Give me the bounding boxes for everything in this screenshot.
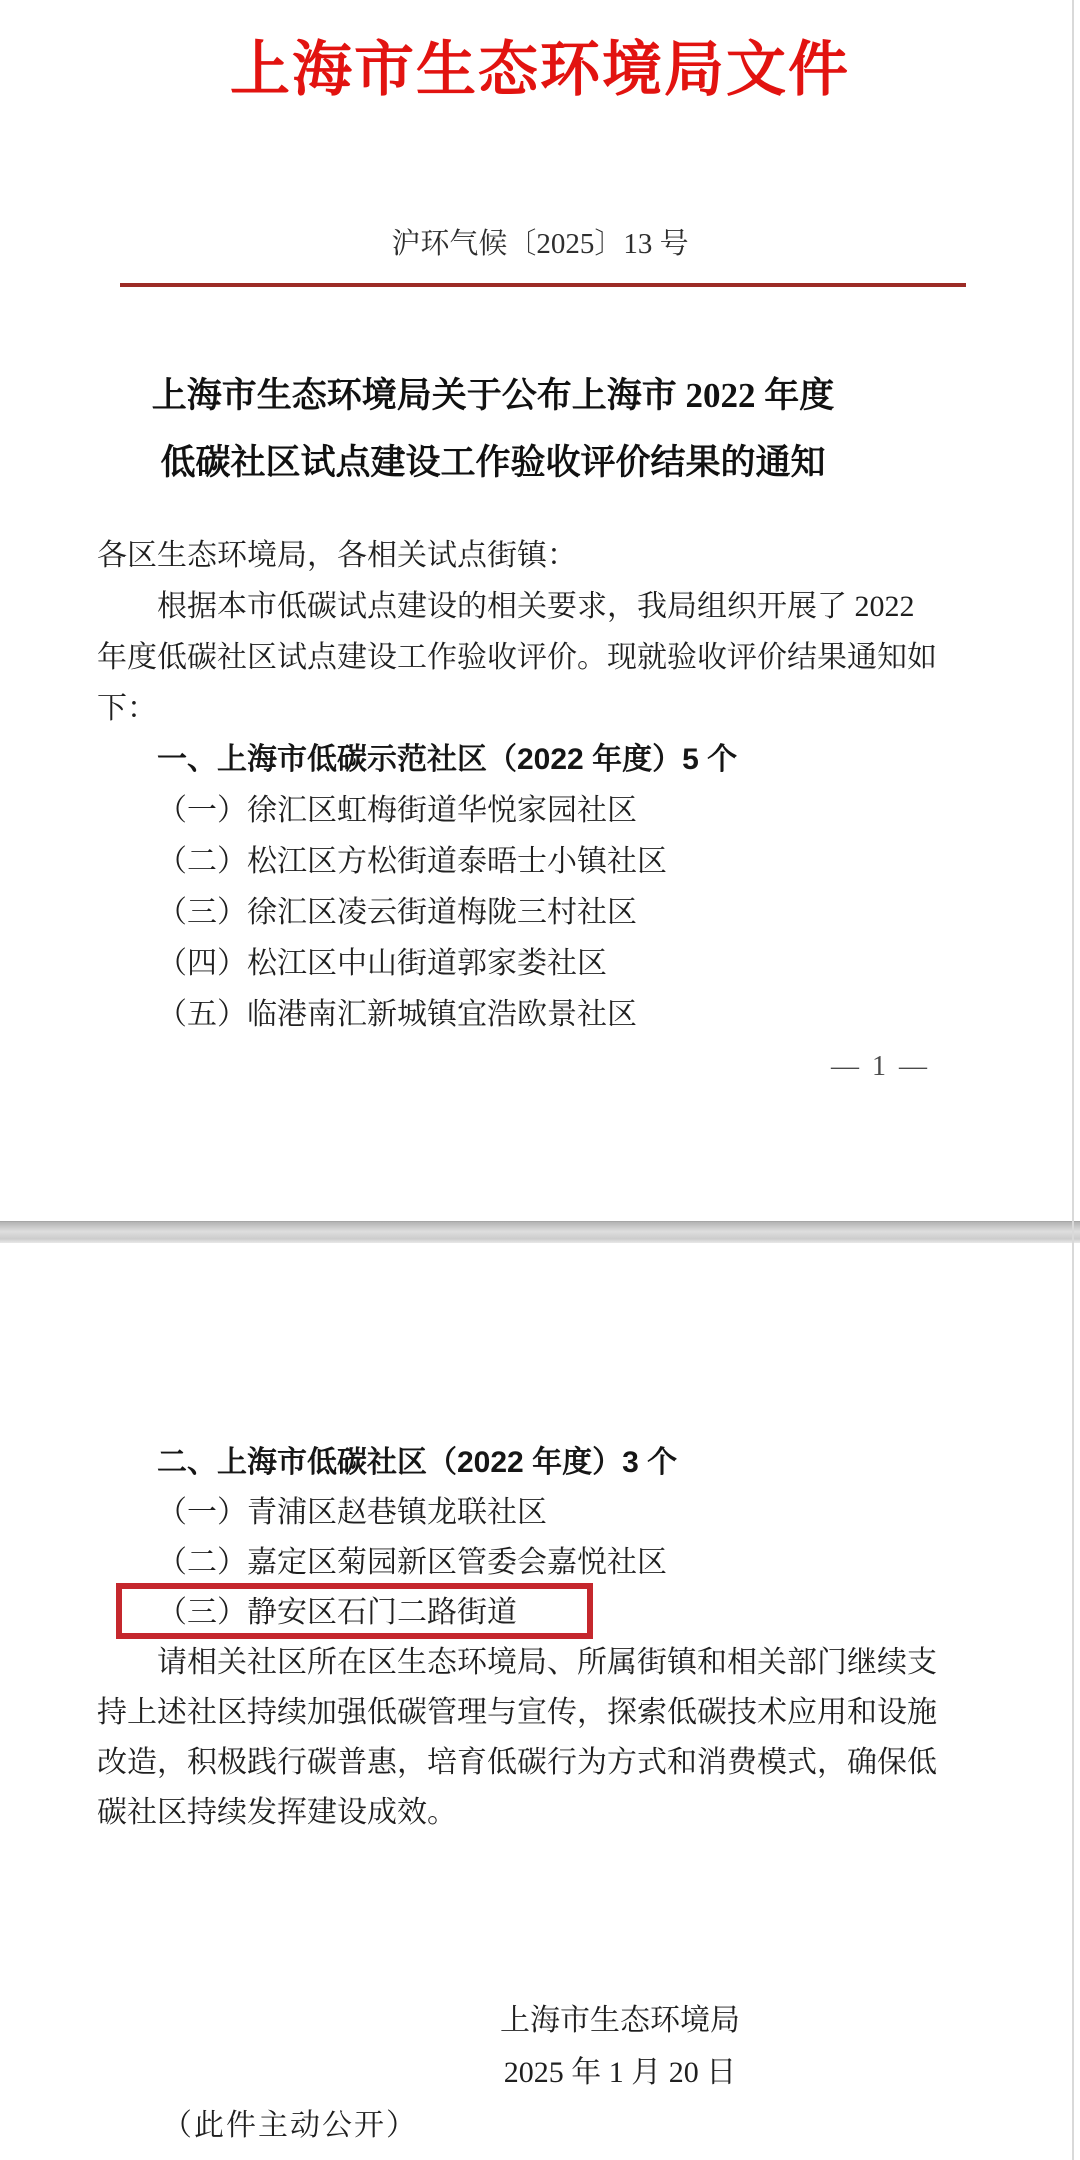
- issue-date: 2025 年 1 月 20 日: [420, 2047, 820, 2099]
- closing-line: 持上述社区持续加强低碳管理与宣传，探索低碳技术应用和设施: [97, 1688, 889, 1738]
- list-item: （二）嘉定区菊园新区管委会嘉悦社区: [97, 1538, 889, 1588]
- list-item: （四）松江区中山街道郭家娄社区: [97, 938, 889, 989]
- section1-heading: 一、上海市低碳示范社区（2022 年度）5 个: [97, 734, 889, 785]
- section2-heading: 二、上海市低碳社区（2022 年度）3 个: [97, 1438, 889, 1488]
- salutation: 各区生态环境局，各相关试点街镇：: [97, 530, 889, 581]
- list-item: （一）青浦区赵巷镇龙联社区: [97, 1488, 889, 1538]
- page-gap-divider: [0, 1221, 1080, 1243]
- notice-title-line2: 低碳社区试点建设工作验收评价结果的通知: [97, 429, 889, 496]
- issuer-name: 上海市生态环境局: [420, 1995, 820, 2047]
- document-number: 沪环气候〔2025〕13 号: [0, 222, 1080, 266]
- closing-line: 请相关社区所在区生态环境局、所属街镇和相关部门继续支: [97, 1638, 889, 1688]
- red-highlight-box: [116, 1583, 593, 1639]
- closing-line: 改造，积极践行碳普惠，培育低碳行为方式和消费模式，确保低: [97, 1738, 889, 1788]
- disclosure-note: （此件主动公开）: [162, 2101, 418, 2151]
- intro-line: 年度低碳社区试点建设工作验收评价。现就验收评价结果通知如: [97, 632, 889, 683]
- letterhead-title: 上海市生态环境局文件: [0, 24, 1080, 116]
- page-1: 上海市生态环境局文件 沪环气候〔2025〕13 号 上海市生态环境局关于公布上海…: [0, 0, 1080, 1221]
- page1-body: 各区生态环境局，各相关试点街镇： 根据本市低碳试点建设的相关要求，我局组织开展了…: [97, 530, 889, 1040]
- signature-block: 上海市生态环境局 2025 年 1 月 20 日: [420, 1995, 820, 2099]
- intro-line: 根据本市低碳试点建设的相关要求，我局组织开展了 2022: [97, 581, 889, 632]
- list-item: （一）徐汇区虹梅街道华悦家园社区: [97, 785, 889, 836]
- closing-line: 碳社区持续发挥建设成效。: [97, 1788, 889, 1838]
- document-scan: 上海市生态环境局文件 沪环气候〔2025〕13 号 上海市生态环境局关于公布上海…: [0, 0, 1080, 2160]
- list-item: （三）徐汇区凌云街道梅陇三村社区: [97, 887, 889, 938]
- scan-page-edge: [1072, 0, 1074, 2160]
- intro-line: 下：: [97, 683, 889, 734]
- page-2: 二、上海市低碳社区（2022 年度）3 个 （一）青浦区赵巷镇龙联社区 （二）嘉…: [0, 1243, 1080, 2160]
- letterhead-separator-line: [120, 283, 966, 287]
- list-item: （五）临港南汇新城镇宜浩欧景社区: [97, 989, 889, 1040]
- list-item: （二）松江区方松街道泰晤士小镇社区: [97, 836, 889, 887]
- notice-title: 上海市生态环境局关于公布上海市 2022 年度 低碳社区试点建设工作验收评价结果…: [97, 362, 889, 496]
- notice-title-line1: 上海市生态环境局关于公布上海市 2022 年度: [97, 362, 889, 429]
- page-number: — 1 —: [831, 1042, 930, 1092]
